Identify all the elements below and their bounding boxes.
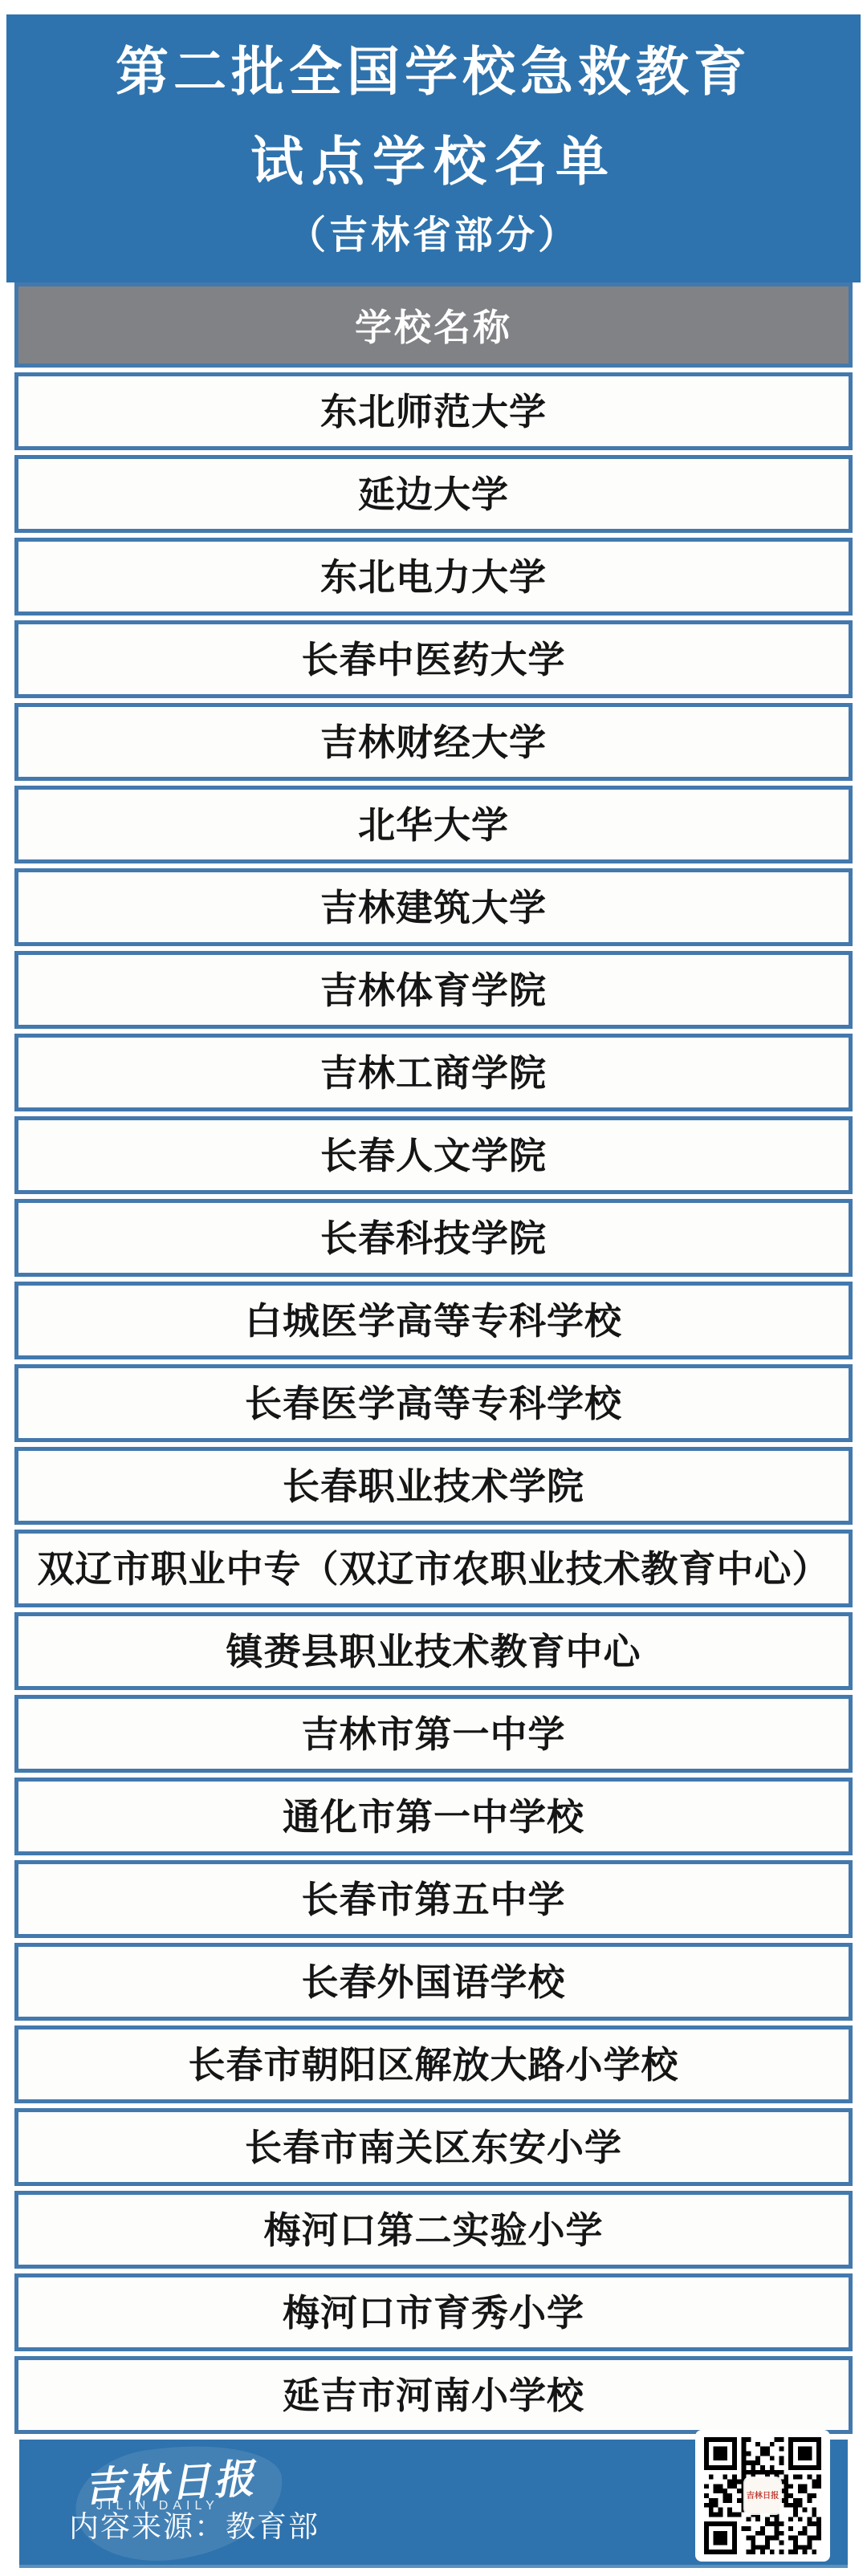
school-name: 长春市第五中学 — [302, 1881, 566, 1918]
school-name: 延边大学 — [358, 476, 509, 513]
table-row: 梅河口市育秀小学 — [14, 2273, 853, 2351]
table-row: 吉林体育学院 — [14, 951, 853, 1029]
school-name: 梅河口市育秀小学 — [283, 2294, 584, 2331]
table-row: 长春市南关区东安小学 — [14, 2108, 853, 2186]
school-name: 吉林财经大学 — [320, 724, 547, 761]
table-row: 长春市第五中学 — [14, 1860, 853, 1938]
table-row: 延吉市河南小学校 — [14, 2356, 853, 2434]
table-row: 镇赉县职业技术教育中心 — [14, 1612, 853, 1690]
table-row: 长春科技学院 — [14, 1199, 853, 1277]
school-name: 长春市朝阳区解放大路小学校 — [189, 2046, 679, 2083]
table-row: 吉林建筑大学 — [14, 868, 853, 946]
school-name: 长春市南关区东安小学 — [245, 2129, 622, 2166]
school-name: 吉林体育学院 — [320, 972, 547, 1009]
table-row: 延边大学 — [14, 455, 853, 533]
qr-code: 吉林日报 — [695, 2430, 830, 2562]
school-name: 长春外国语学校 — [302, 1964, 566, 2001]
school-name: 东北电力大学 — [320, 559, 547, 595]
school-name: 梅河口第二实验小学 — [264, 2212, 604, 2249]
table-row: 长春外国语学校 — [14, 1943, 853, 2021]
school-name: 延吉市河南小学校 — [283, 2377, 584, 2414]
table-row: 东北电力大学 — [14, 538, 853, 616]
table-row: 长春中医药大学 — [14, 620, 853, 698]
school-name: 东北师范大学 — [320, 393, 547, 430]
content-source-label: 内容来源：教育部 — [69, 2502, 320, 2546]
qr-center-logo: 吉林日报 — [745, 2478, 780, 2513]
table-row: 双辽市职业中专（双辽市农职业技术教育中心） — [14, 1530, 853, 1607]
school-name: 镇赉县职业技术教育中心 — [226, 1633, 641, 1670]
school-name: 双辽市职业中专（双辽市农职业技术教育中心） — [38, 1550, 830, 1587]
page-title-line1: 第二批全国学校急救教育 — [6, 14, 861, 100]
table-row: 北华大学 — [14, 786, 853, 863]
school-name: 长春中医药大学 — [302, 641, 566, 678]
school-name: 长春医学高等专科学校 — [245, 1385, 622, 1422]
school-name: 长春人文学院 — [320, 1137, 547, 1174]
school-name: 白城医学高等专科学校 — [245, 1302, 622, 1339]
table-row: 吉林工商学院 — [14, 1034, 853, 1111]
page-subtitle: （吉林省部分） — [6, 217, 861, 255]
school-name: 吉林建筑大学 — [320, 889, 547, 926]
table-row: 长春人文学院 — [14, 1116, 853, 1194]
table-row: 吉林市第一中学 — [14, 1695, 853, 1773]
school-name: 吉林工商学院 — [320, 1054, 547, 1091]
table-row: 东北师范大学 — [14, 372, 853, 450]
table-row: 长春医学高等专科学校 — [14, 1364, 853, 1442]
table-row: 吉林财经大学 — [14, 703, 853, 781]
table-row: 白城医学高等专科学校 — [14, 1282, 853, 1359]
school-name: 通化市第一中学校 — [283, 1798, 584, 1835]
school-table: 东北师范大学 延边大学 东北电力大学 长春中医药大学 吉林财经大学 北华大学 吉… — [14, 368, 853, 2434]
title-header: 第二批全国学校急救教育 试点学校名单 （吉林省部分） — [6, 14, 861, 282]
school-name: 北华大学 — [358, 807, 509, 843]
table-column-header: 学校名称 — [14, 282, 853, 368]
school-name: 吉林市第一中学 — [302, 1716, 566, 1753]
table-row: 通化市第一中学校 — [14, 1778, 853, 1855]
school-name: 长春职业技术学院 — [283, 1468, 584, 1505]
table-row: 长春市朝阳区解放大路小学校 — [14, 2025, 853, 2103]
page-title-line2: 试点学校名单 — [6, 136, 861, 189]
table-row: 长春职业技术学院 — [14, 1447, 853, 1525]
footer-bar: 吉林日报 JILIN DAILY 内容来源：教育部 吉林日报 — [19, 2440, 848, 2568]
table-row: 梅河口第二实验小学 — [14, 2191, 853, 2269]
school-name: 长春科技学院 — [320, 1220, 547, 1257]
infographic-page: 第二批全国学校急救教育 试点学校名单 （吉林省部分） 学校名称 东北师范大学 延… — [0, 0, 867, 2576]
column-header-label: 学校名称 — [355, 299, 512, 351]
